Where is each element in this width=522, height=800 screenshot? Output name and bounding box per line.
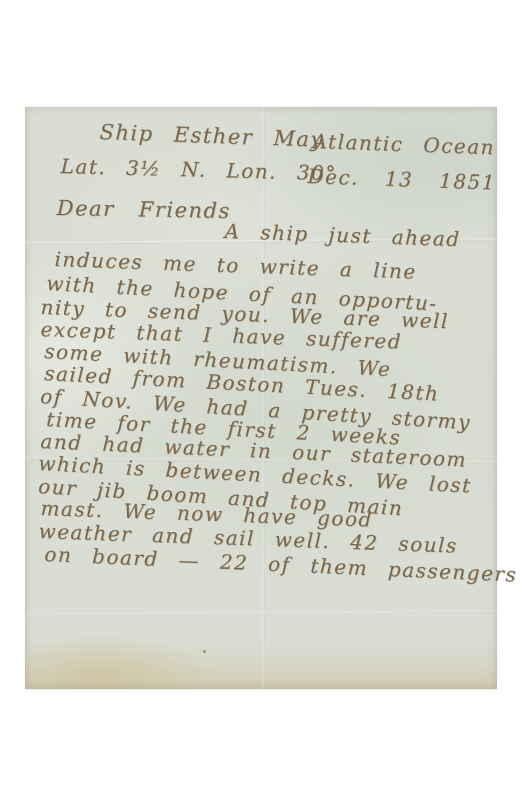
opening-line: A ship just ahead — [224, 219, 461, 251]
coordinates-line: Lat. 3½ N. Lon. 30° — [60, 154, 337, 185]
salutation: Dear Friends — [57, 196, 231, 223]
date-line: Dec. 13 1851 — [307, 164, 496, 195]
horizontal-fold-crease — [25, 610, 497, 616]
scanned-letter-view: Ship Esther May Atlantic Ocean Lat. 3½ N… — [0, 0, 522, 800]
ocean-location-line: Atlantic Ocean — [312, 129, 495, 159]
letter-paper: Ship Esther May Atlantic Ocean Lat. 3½ N… — [25, 107, 497, 689]
ship-name-line: Ship Esther May — [99, 120, 324, 152]
paper-speck — [203, 650, 206, 653]
